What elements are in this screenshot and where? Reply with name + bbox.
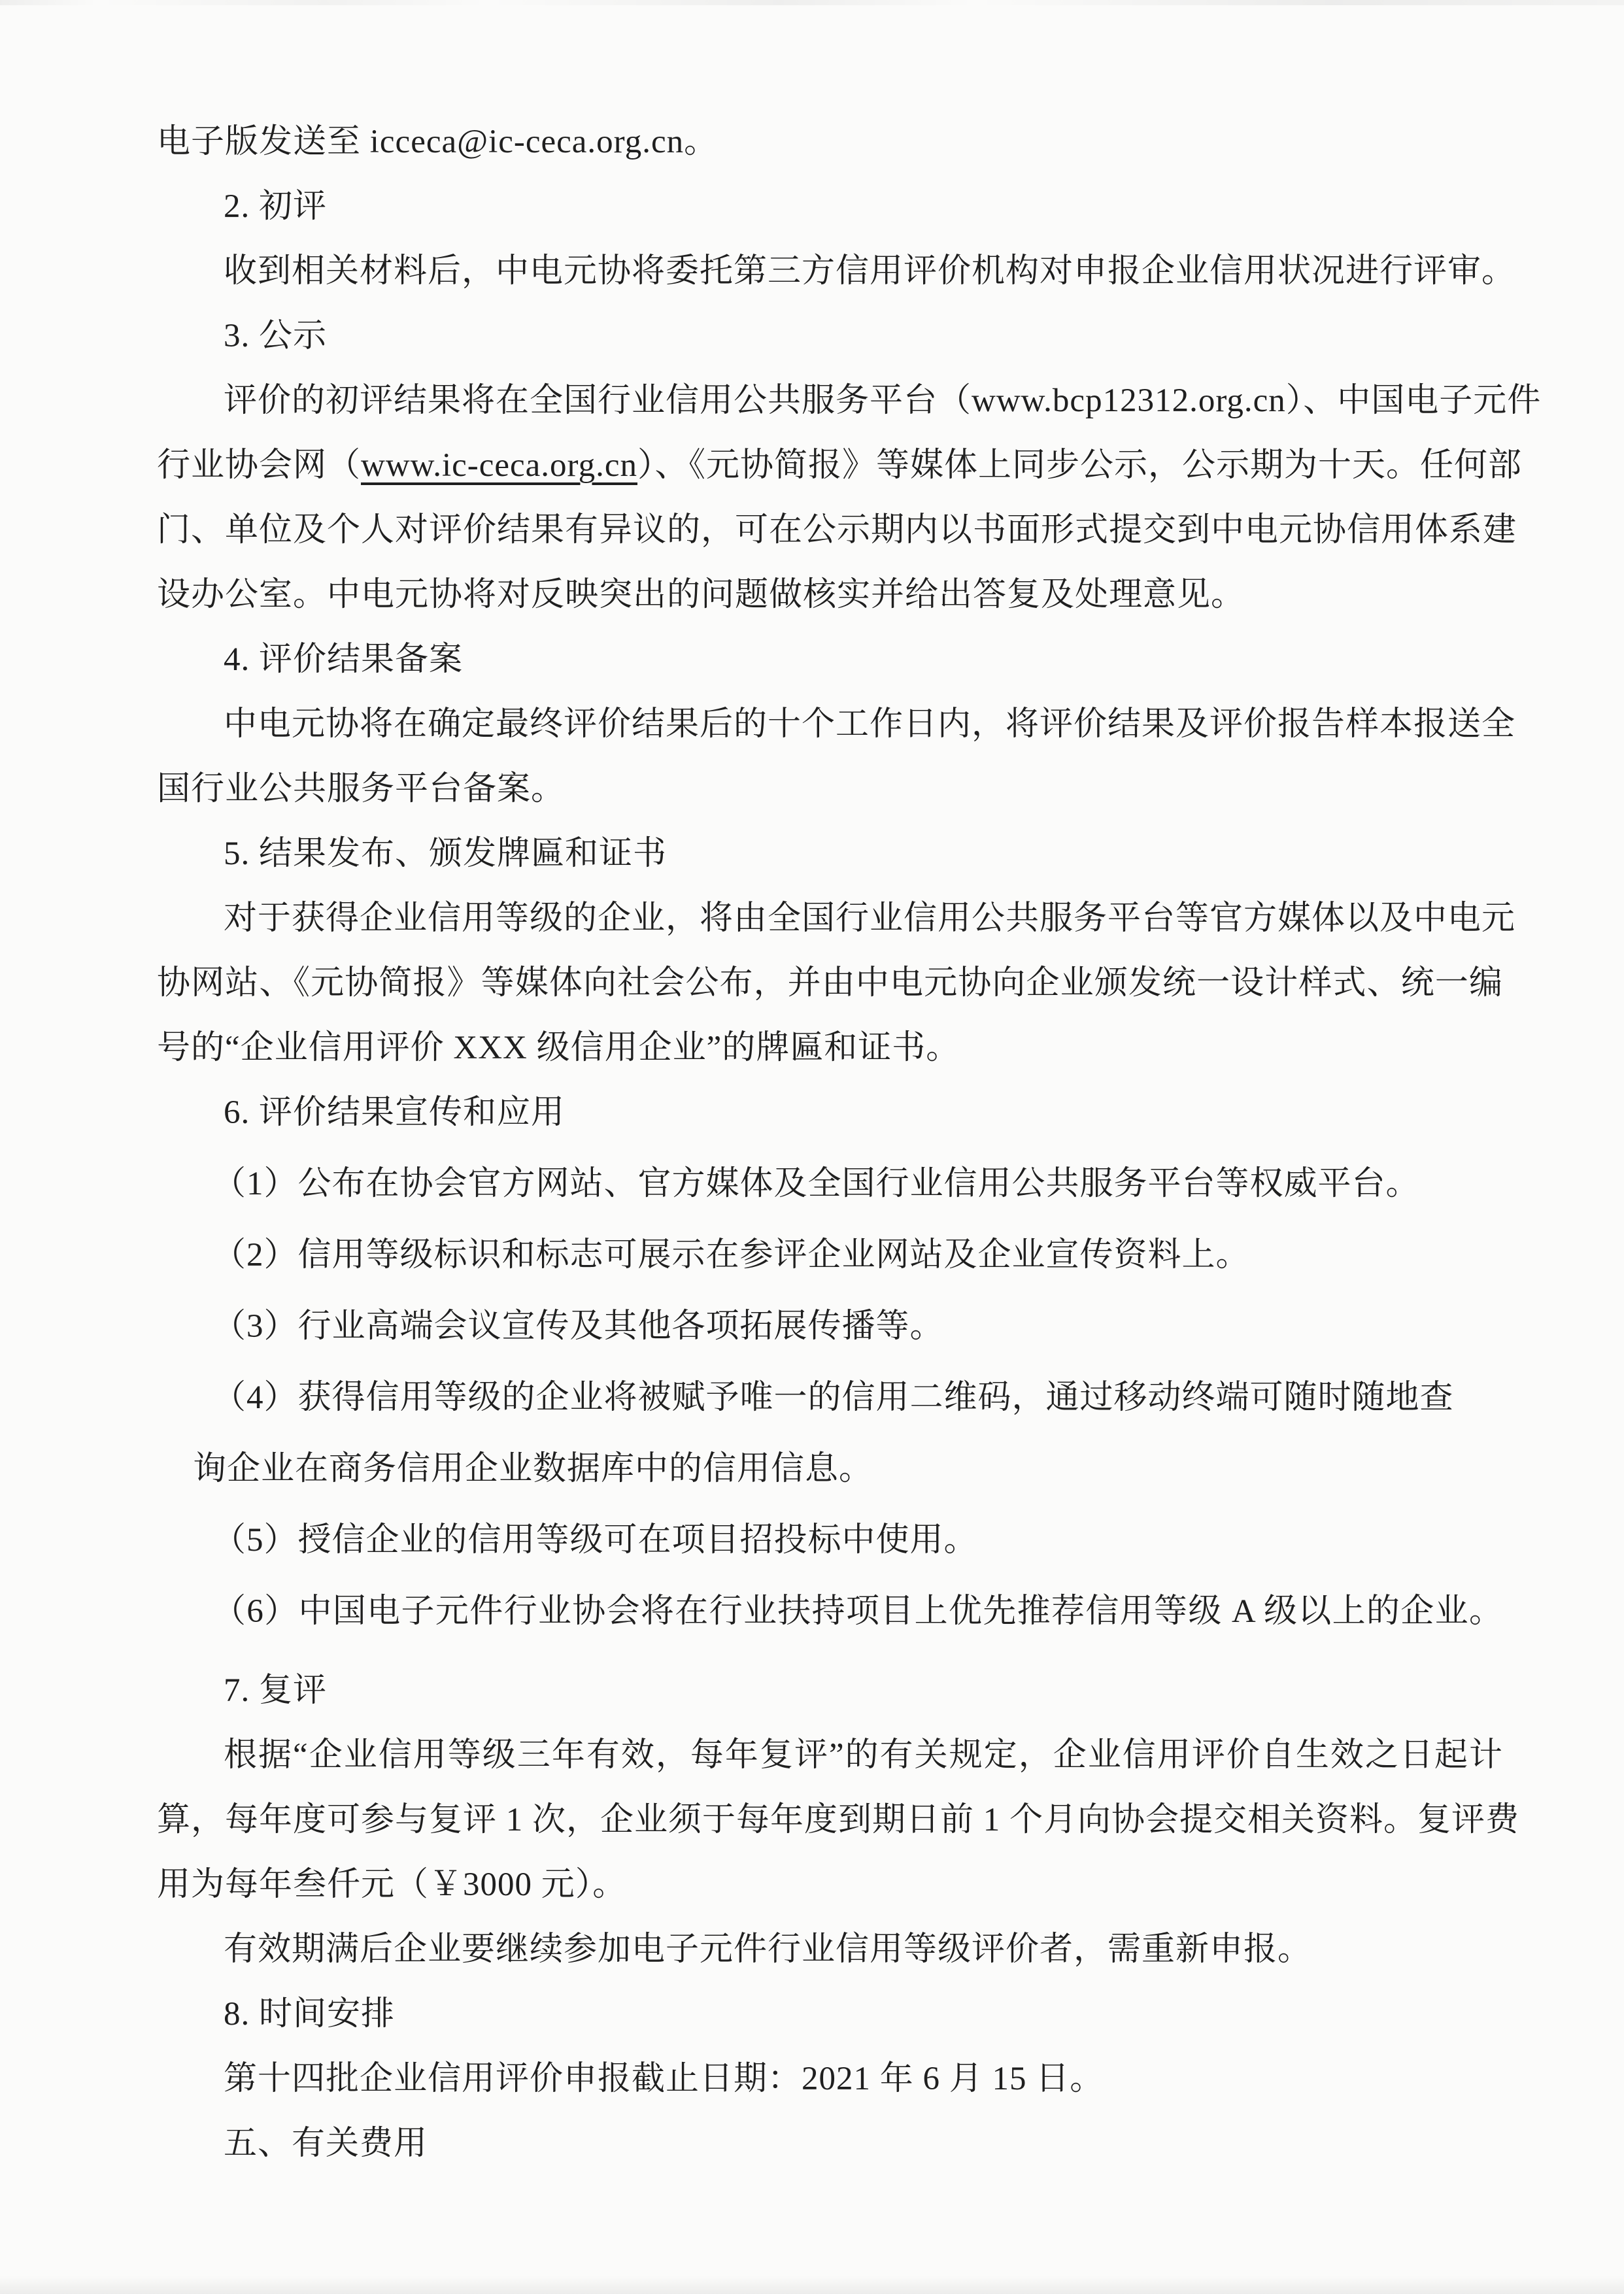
document-body: 电子版发送至 icceca@ic-ceca.org.cn。 2. 初评 收到相关…: [157, 110, 1503, 2176]
para-result-publication-line1: 对于获得企业信用等级的企业，将由全国行业信用公共服务平台等官方媒体以及中电元: [157, 886, 1503, 951]
list-item-4-line1: （4）获得信用等级的企业将被赋予唯一的信用二维码，通过移动终端可随时随地查: [157, 1366, 1503, 1430]
para-reapplication: 有效期满后企业要继续参加电子元件行业信用等级评价者，需重新申报。: [157, 1917, 1503, 1982]
line-email-continuation: 电子版发送至 icceca@ic-ceca.org.cn。: [157, 110, 1503, 175]
heading-2-initial-review: 2. 初评: [157, 175, 1503, 239]
para-result-filing-line2: 国行业公共服务平台备案。: [157, 757, 1503, 822]
list-item-5: （5）授信企业的信用等级可在项目招投标中使用。: [157, 1508, 1503, 1573]
scan-noise-top: [0, 0, 1624, 5]
para-public-notice-line3: 门、单位及个人对评价结果有异议的，可在公示期内以书面形式提交到中电元协信用体系建: [157, 498, 1503, 563]
heading-4-result-filing: 4. 评价结果备案: [157, 628, 1503, 692]
list-item-2: （2）信用等级标识和标志可展示在参评企业网站及企业宣传资料上。: [157, 1223, 1503, 1288]
para-public-notice-line4: 设办公室。中电元协将对反映突出的问题做核实并给出答复及处理意见。: [157, 563, 1503, 628]
para-initial-review: 收到相关材料后，中电元协将委托第三方信用评价机构对申报企业信用状况进行评审。: [157, 239, 1503, 304]
heading-5cn-fees: 五、有关费用: [157, 2112, 1503, 2176]
para-public-notice-line1: 评价的初评结果将在全国行业信用公共服务平台（www.bcp12312.org.c…: [157, 369, 1503, 433]
para-re-evaluation-line1: 根据“企业信用等级三年有效，每年复评”的有关规定，企业信用评价自生效之日起计: [157, 1723, 1503, 1788]
list-item-1: （1）公布在协会官方网站、官方媒体及全国行业信用公共服务平台等权威平台。: [157, 1152, 1503, 1217]
para-result-publication-line2: 协网站、《元协简报》等媒体向社会公布，并由中电元协向企业颁发统一设计样式、统一编: [157, 951, 1503, 1016]
para-public-notice-line2: 行业协会网（www.ic-ceca.org.cn）、《元协简报》等媒体上同步公示…: [157, 433, 1503, 498]
heading-7-re-evaluation: 7. 复评: [157, 1659, 1503, 1723]
heading-5-result-publication: 5. 结果发布、颁发牌匾和证书: [157, 822, 1503, 886]
para-re-evaluation-line3: 用为每年叁仟元（￥3000 元）。: [157, 1853, 1503, 1917]
heading-6-result-promotion: 6. 评价结果宣传和应用: [157, 1081, 1503, 1145]
para-result-publication-line3: 号的“企业信用评价 XXX 级信用企业”的牌匾和证书。: [157, 1016, 1503, 1081]
para-deadline: 第十四批企业信用评价申报截止日期：2021 年 6 月 15 日。: [157, 2047, 1503, 2112]
para-re-evaluation-line2: 算，每年度可参与复评 1 次，企业须于每年度到期日前 1 个月向协会提交相关资料…: [157, 1788, 1503, 1853]
list-item-4-line2: 询企业在商务信用企业数据库中的信用信息。: [157, 1437, 1503, 1502]
scan-shadow-bottom: [0, 2276, 1624, 2294]
heading-8-schedule: 8. 时间安排: [157, 1982, 1503, 2047]
list-item-6: （6）中国电子元件行业协会将在行业扶持项目上优先推荐信用等级 A 级以上的企业。: [157, 1579, 1503, 1644]
list-item-3: （3）行业高端会议宣传及其他各项拓展传播等。: [157, 1294, 1503, 1359]
link-line-pre: 行业协会网（: [157, 447, 361, 484]
heading-3-public-notice: 3. 公示: [157, 304, 1503, 369]
para-result-filing-line1: 中电元协将在确定最终评价结果后的十个工作日内，将评价结果及评价报告样本报送全: [157, 692, 1503, 757]
scanned-document-page: 电子版发送至 icceca@ic-ceca.org.cn。 2. 初评 收到相关…: [0, 0, 1624, 2294]
link-line-post: ）、《元协简报》等媒体上同步公示，公示期为十天。任何部: [637, 447, 1522, 484]
association-site-url: www.ic-ceca.org.cn: [361, 447, 637, 484]
